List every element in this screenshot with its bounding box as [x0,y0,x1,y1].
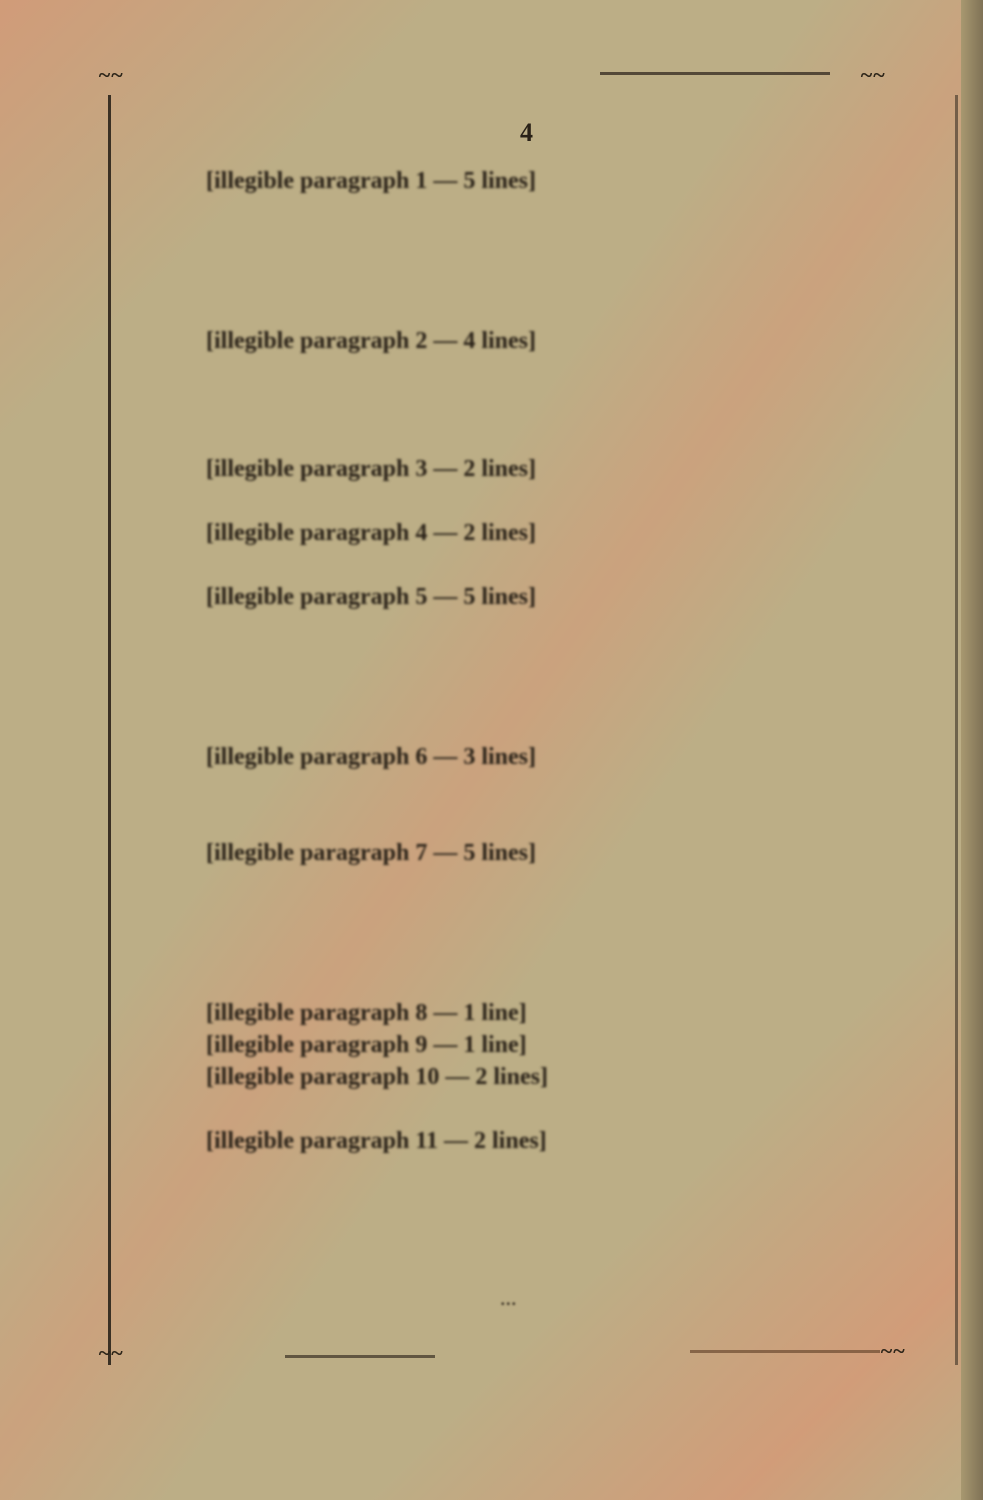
paragraph: [illegible paragraph 1 — 5 lines] [160,165,910,325]
decorative-border-right [955,95,958,1365]
paragraph: [illegible paragraph 8 — 1 line] [160,997,910,1029]
footer-mark: ... [500,1285,517,1311]
paragraph: [illegible paragraph 4 — 2 lines] [160,517,910,581]
paragraph: [illegible paragraph 2 — 4 lines] [160,325,910,453]
corner-ornament-bottom-left: ~~ [98,1340,123,1366]
scanned-page: ~~ ~~ ~~ ~~ 4 [illegible paragraph 1 — 5… [0,0,983,1500]
paragraph: [illegible paragraph 3 — 2 lines] [160,453,910,517]
page-edge-shadow [961,0,983,1500]
paragraph: [illegible paragraph 10 — 2 lines] [160,1061,910,1125]
footer-rule-left [285,1355,435,1358]
corner-ornament-bottom-right: ~~ [880,1338,905,1364]
body-text: [illegible paragraph 1 — 5 lines] [illeg… [160,165,910,1189]
page-number: 4 [520,118,533,148]
header-rule [600,72,830,75]
footer-rule-right [690,1350,880,1353]
paragraph: [illegible paragraph 7 — 5 lines] [160,837,910,997]
paragraph: [illegible paragraph 9 — 1 line] [160,1029,910,1061]
paragraph: [illegible paragraph 6 — 3 lines] [160,741,910,837]
corner-ornament-top-left: ~~ [98,62,123,88]
decorative-border-left [108,95,111,1365]
corner-ornament-top-right: ~~ [860,62,885,88]
paragraph: [illegible paragraph 11 — 2 lines] [160,1125,910,1189]
paragraph: [illegible paragraph 5 — 5 lines] [160,581,910,741]
